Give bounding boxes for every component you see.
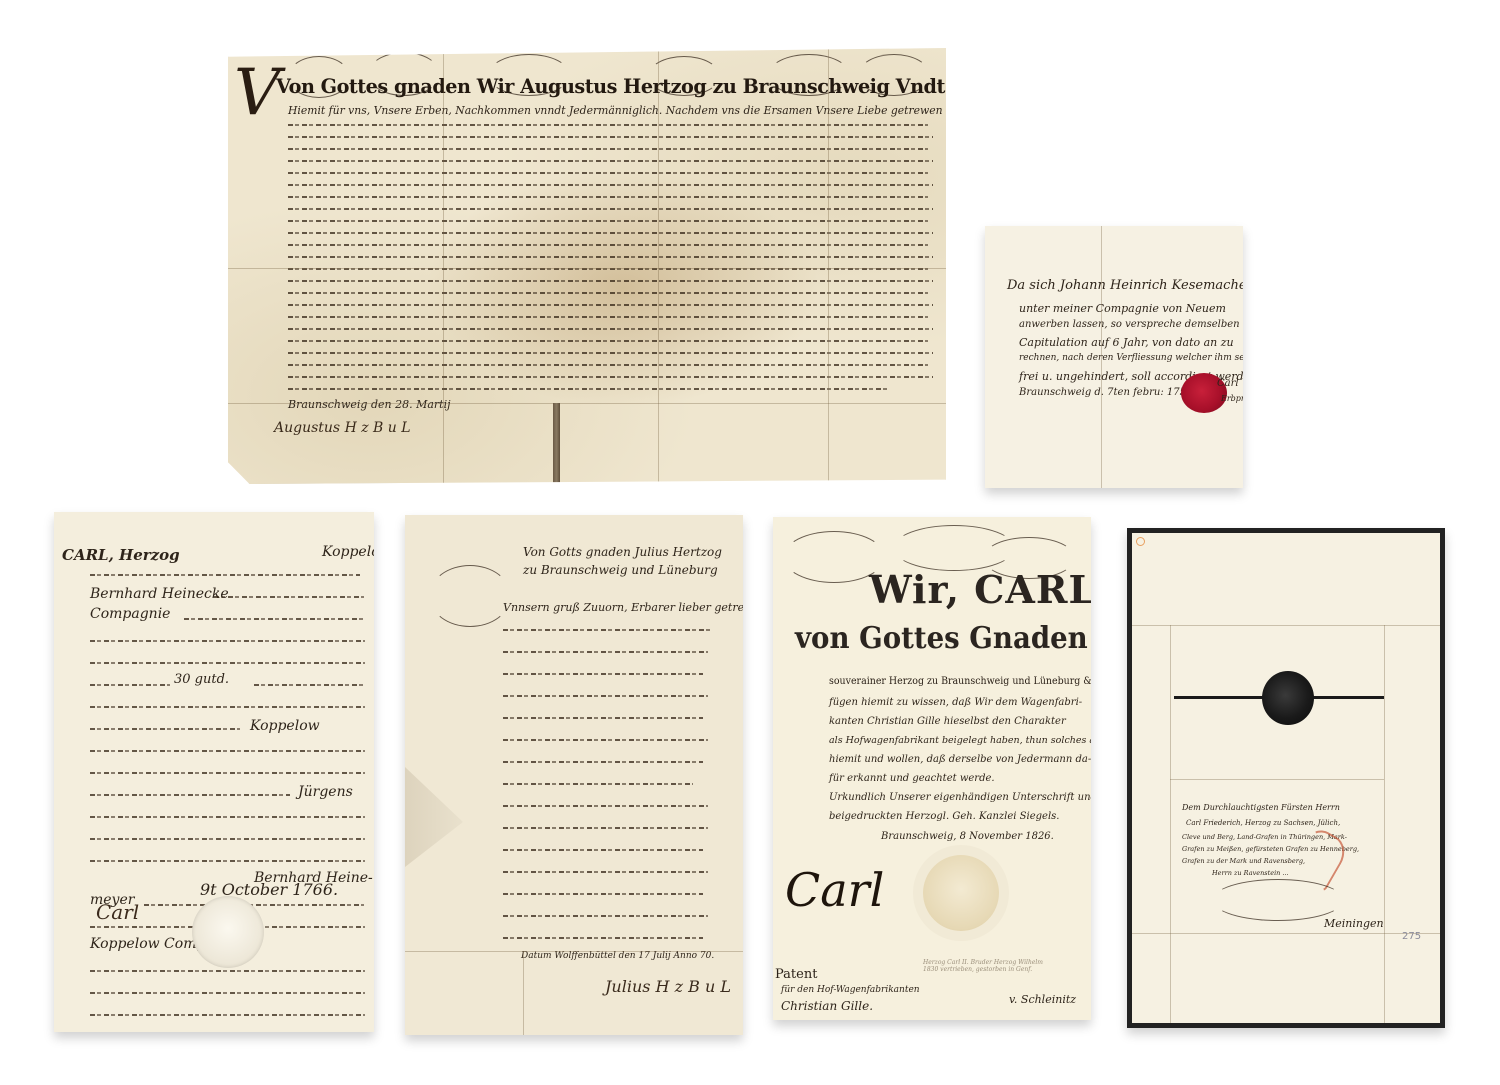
document-date: Datum Wolffenbüttel den 17 Julij Anno 70… bbox=[521, 951, 714, 961]
name-text: Koppelow bbox=[250, 718, 320, 734]
fold-line bbox=[1132, 625, 1440, 626]
name-text: Bernhard Heinecke bbox=[90, 586, 229, 602]
document-carl-patent: Wir, CARL von Gottes Gnaden souverainer … bbox=[773, 517, 1091, 1020]
signature: Carl bbox=[96, 900, 139, 924]
document-date: Braunschweig d. 7ten febru: 1751 bbox=[1019, 387, 1192, 398]
name-text: Koppelow bbox=[322, 544, 374, 560]
document-julius-letter: Von Gotts gnaden Julius Hertzog zu Braun… bbox=[405, 515, 743, 1035]
address-line: Grafen zu der Mark und Ravensberg, bbox=[1182, 857, 1305, 865]
signature: Augustus H z B u L bbox=[274, 420, 411, 436]
paper-stamp-dot bbox=[1136, 537, 1145, 546]
footer-line: für den Hof-Wagenfabrikanten bbox=[781, 985, 920, 995]
address-line: Dem Durchlauchtigsten Fürsten Herrn bbox=[1182, 803, 1340, 812]
document-opening: Da sich Johann Heinrich Kesemacher bbox=[1007, 278, 1243, 293]
folded-paper-flap bbox=[405, 767, 463, 867]
patent-title-wir-carl: Wir, CARL bbox=[869, 567, 1091, 612]
document-line: Capitulation auf 6 Jahr, von dato an zu bbox=[1019, 336, 1234, 349]
salutation: Vnnsern gruß Zuuorn, Erbarer lieber getr… bbox=[503, 601, 743, 614]
signature-title: Erbprinz zu Br. bbox=[1221, 394, 1243, 403]
seal-tag bbox=[553, 403, 560, 484]
document-line: unter meiner Compagnie von Neuem bbox=[1019, 302, 1226, 315]
name-text: Compagnie bbox=[90, 606, 170, 622]
document-opening: CARL, Herzog bbox=[62, 546, 180, 564]
fold-line bbox=[828, 48, 829, 484]
patent-line: fügen hiemit zu wissen, daß Wir dem Wage… bbox=[829, 697, 1082, 708]
document-line: anwerben lassen, so verspreche demselben… bbox=[1019, 319, 1243, 330]
fold-line bbox=[405, 951, 743, 952]
document-augustus-privilege: V Von Gottes gnaden Wir Augustus Hertzog… bbox=[228, 48, 946, 484]
signature: Julius H z B u L bbox=[605, 977, 731, 996]
fold-line bbox=[523, 951, 524, 1035]
signature: Carl Wilhelm Ferdinand bbox=[1217, 378, 1243, 389]
initial-letter: V bbox=[234, 56, 280, 130]
document-kesemacher-capitulation: Da sich Johann Heinrich Kesemacher unter… bbox=[985, 226, 1243, 488]
patent-line: als Hofwagenfabrikant beigelegt haben, t… bbox=[829, 735, 1091, 746]
document-mourning-letter: Dem Durchlauchtigsten Fürsten Herrn Carl… bbox=[1127, 528, 1445, 1028]
fold-line bbox=[443, 48, 444, 484]
document-date: Braunschweig, 8 November 1826. bbox=[881, 831, 1054, 842]
amount-text: 30 gutd. bbox=[174, 672, 229, 687]
document-heading: Von Gottes gnaden Wir Augustus Hertzog z… bbox=[276, 74, 946, 98]
pencil-note: Herzog Carl II. Bruder Herzog Wilhelm 18… bbox=[923, 959, 1043, 973]
fold-line bbox=[658, 48, 659, 484]
document-line: rechnen, nach deren Verfliessung welcher… bbox=[1019, 353, 1243, 363]
fold-line bbox=[228, 268, 946, 269]
patent-title-gottes-gnaden: von Gottes Gnaden bbox=[795, 621, 1088, 656]
document-date: Braunschweig den 28. Martij bbox=[288, 398, 451, 411]
patent-line: hiemit und wollen, daß derselbe von Jede… bbox=[829, 754, 1091, 765]
document-opening-2: zu Braunschweig und Lüneburg bbox=[523, 563, 718, 577]
document-opening: Von Gotts gnaden Julius Hertzog bbox=[523, 545, 722, 559]
fold-line bbox=[1101, 226, 1102, 488]
document-second-line: Hiemit für vns, Vnsere Erben, Nachkommen… bbox=[288, 104, 943, 117]
fold-line bbox=[1132, 933, 1440, 934]
patent-line: kanten Christian Gille hieselbst den Cha… bbox=[829, 716, 1066, 727]
black-wax-seal bbox=[1262, 671, 1314, 725]
signature: Carl bbox=[785, 863, 884, 917]
patent-line: beigedruckten Herzogl. Geh. Kanzlei Sieg… bbox=[829, 811, 1059, 822]
footer-patent-title: Patent bbox=[775, 967, 817, 982]
footer-line: Christian Gille. bbox=[781, 999, 873, 1013]
embossed-paper-seal bbox=[192, 896, 264, 968]
calligraphic-flourish bbox=[1212, 879, 1344, 921]
closing-place: Meiningen bbox=[1324, 917, 1384, 930]
address-line: Herrn zu Ravenstein ... bbox=[1212, 869, 1289, 877]
fold-line bbox=[1170, 779, 1384, 780]
patent-line: für erkannt und geachtet werde. bbox=[829, 773, 995, 784]
archive-number: 275 bbox=[1402, 931, 1421, 942]
countersignature: v. Schleinitz bbox=[1009, 993, 1076, 1006]
calligraphic-flourish bbox=[429, 565, 511, 627]
name-text: Jürgens bbox=[298, 784, 353, 800]
embossed-star-seal bbox=[923, 855, 999, 931]
patent-line: Urkundlich Unserer eigenhändigen Untersc… bbox=[829, 792, 1091, 803]
patent-subtitle: souverainer Herzog zu Braunschweig und L… bbox=[829, 675, 1091, 687]
fold-line bbox=[228, 403, 946, 404]
fold-line bbox=[1384, 625, 1385, 1025]
fold-line bbox=[1170, 625, 1171, 1025]
address-line: Carl Friederich, Herzog zu Sachsen, Jüli… bbox=[1186, 819, 1340, 827]
